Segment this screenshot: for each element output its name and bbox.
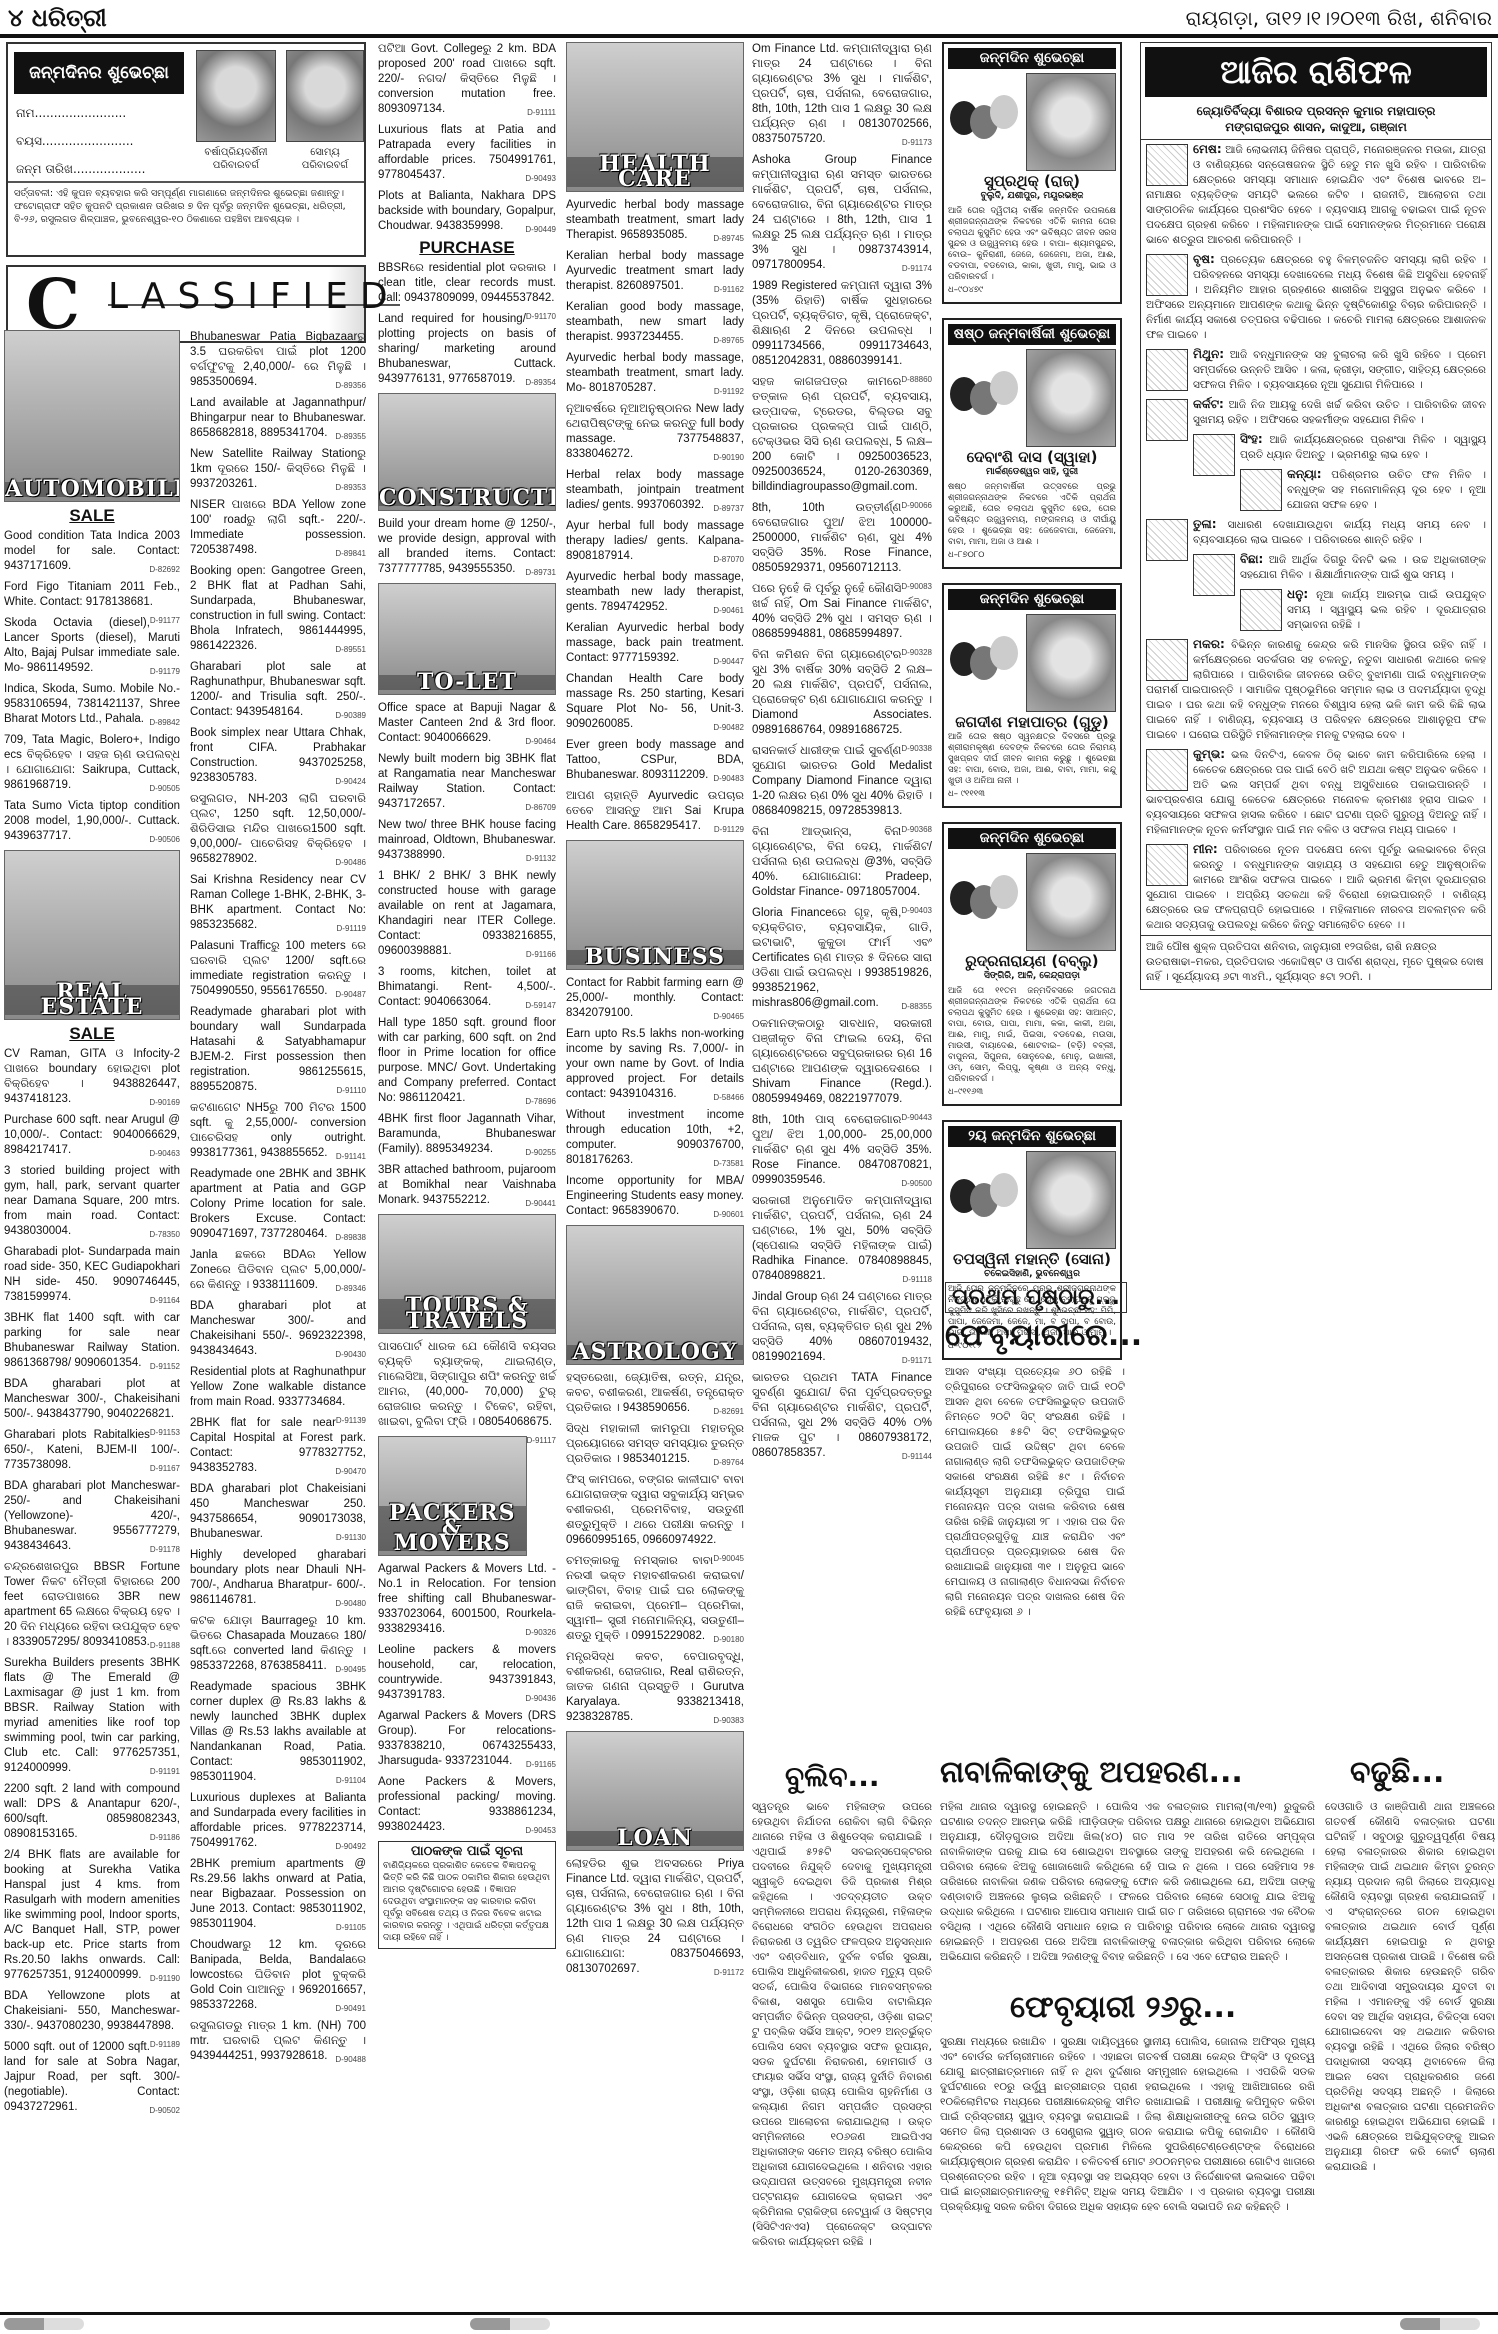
ad-code: D-90601: [713, 1207, 744, 1222]
ad-code: D-91174: [902, 261, 932, 276]
classified-ad: Readymade one 2BHK and 3BHK apartment at…: [190, 1167, 366, 1242]
ad-code: D-82692: [149, 562, 180, 577]
child-name: ତପସ୍ୱିନୀ ମହାନ୍ତି (ସୋନା): [948, 1252, 1116, 1267]
real-estate-image: REAL ESTATE: [4, 850, 180, 1020]
loan-image: LOAN: [566, 1731, 744, 1851]
classified-ad: Hall type 1850 sqft. ground floor with c…: [378, 1016, 556, 1106]
classified-ad: Indica, Skoda, Sumo. Mobile No.- 9583106…: [4, 682, 180, 727]
classified-ad: Ayurvedic herbal body massage, steambath…: [566, 570, 744, 615]
ad-code: D-87070: [713, 552, 744, 567]
ad-code: D-90492: [335, 1839, 366, 1854]
classified-ad: ଆପଣ ଚାହାନ୍ତି Ayurvedic ଉପଚାର ତେବେ ଆସନ୍ତୁ…: [566, 789, 744, 834]
ad-code: D-91130: [336, 1530, 366, 1545]
coupon-field-age: ବୟସ........................: [16, 134, 133, 149]
wish-header: ଜନ୍ମଦିନ ଶୁଭେଚ୍ଛା: [948, 589, 1116, 610]
reader-notice: ପାଠକଙ୍କ ପାଇଁ ସୂଚନା ବାଣିଜ୍ୟିକରେ ପ୍ରକାଶିତ …: [378, 1841, 556, 1949]
classified-ad: Good condition Tata Indica 2003 model fo…: [4, 529, 180, 574]
classified-ad: Newly built modern big 3BHK flat at Rang…: [378, 752, 556, 812]
classified-ad: Purchase 600 sqft. near Arugul @ 10,000/…: [4, 1113, 180, 1158]
ad-code: D-90180: [713, 1632, 744, 1647]
child-name: ସୁପ୍ରଥିକ୍ (ରାଜ୍): [948, 174, 1116, 189]
classified-ad: ରସୁଲଗଡରୁ ମାତ୍ର 1 km. (NH) 700 mtr. ଘରବାର…: [190, 2019, 366, 2064]
wish-header: ଷଷ୍ଠ ଜନ୍ମବାର୍ଷିକୀ ଶୁଭେଚ୍ଛା: [948, 324, 1116, 345]
ad-code: D-90430: [335, 1347, 366, 1362]
wish-ref: ଧ–୯୧୧୬୩: [948, 1085, 1116, 1100]
classified-ad: Leoline packers & movers household, car,…: [378, 1643, 556, 1703]
child-photo: [1026, 614, 1116, 712]
tours-travels-image: TOURS & TRAVELS: [378, 1214, 556, 1334]
classified-ad: Janla ଛକରେ BDAର Yellow Zoneରେ ଘିଡିବାନ ପ୍…: [190, 1248, 366, 1293]
classified-ad: ପାସପୋର୍ଟ ଧାରକ ଯେ କୌଣସି ବୟସର ବ୍ୟକ୍ତି ବ୍ୟା…: [378, 1340, 556, 1430]
ad-code: D-91129: [714, 822, 744, 837]
ad-code: D-90491: [335, 2001, 366, 2016]
news-story-exam: ସୁରକ୍ଷା ମଧ୍ୟରେ ରଖାଯିବ । ସୁରକ୍ଷା ଦାୟିତ୍ୱର…: [940, 2035, 1315, 2310]
ad-code: D-89838: [335, 1230, 366, 1245]
classified-ad: ହସ୍ତରେଖା, ଜ୍ୟୋତିଷ, ରତ୍ନ, ଯନ୍ତ୍ର, କବଚ, ବଶ…: [566, 1371, 744, 1416]
classified-ad: 2/4 BHK flats are available for booking …: [4, 1848, 180, 1983]
health-care-image: HEALTH CARE: [566, 42, 744, 192]
panjika-footer: ଆଜି ପୌଷ ଶୁକ୍ଳ ପ୍ରତିପଦା ଶନିବାର, ଜାନୁୟାରୀ …: [1141, 935, 1491, 989]
ad-code: D-90443: [901, 1110, 932, 1125]
zodiac-icon: [1146, 519, 1188, 561]
classified-ad: Om Finance Ltd. କମ୍ପାନୀଦ୍ୱାରା ଋଣ ମାତ୍ର 2…: [752, 42, 932, 147]
ad-code: D-91171: [902, 1353, 932, 1368]
child-place: ବୁଲୁଦି, ଯଶୀପୁର, ମୟୂରଭଞ୍ଜ: [948, 189, 1116, 204]
classified-ad: 3 rooms, kitchen, toilet at Bhimatangi. …: [378, 965, 556, 1010]
news-story-police: ସ୍ୱତନ୍ତ୍ର ଭାବେ ମହିଳାଙ୍କ ଉପରେ ହେଉଥିବା ନିର…: [752, 1800, 932, 2310]
classified-ad: 1 BHK/ 2 BHK/ 3 BHK newly constructed ho…: [378, 869, 556, 959]
classified-ad: କଟକ ଯୋଡ଼ା Baurrageରୁ 10 km. ଭିତରେ Chasap…: [190, 1614, 366, 1674]
birthday-wish-card: ଜନ୍ମଦିନ ଶୁଭେଚ୍ଛାସୁପ୍ରଥିକ୍ (ରାଜ୍)ବୁଲୁଦି, …: [942, 42, 1122, 304]
left-top-block: ଜନ୍ମଦିନର ଶୁଭେଚ୍ଛା ନାମ...................…: [6, 42, 366, 351]
ad-code: D-91153: [150, 1425, 180, 1440]
classified-ad: BDA gharabari plot at Mancheswar 300/-, …: [4, 1377, 180, 1422]
classified-ad: 3 storied building project with gym, hal…: [4, 1164, 180, 1239]
classified-ad: Palasuni Trafficରୁ 100 meters ରେ ଘରବାରି …: [190, 939, 366, 999]
coupon-field-name: ନାମ........................: [16, 106, 126, 121]
ad-code: D-58466: [713, 1090, 744, 1105]
wish-header: ଜନ୍ମଦିନ ଶୁଭେଚ୍ଛା: [948, 828, 1116, 849]
ad-code: D-91179: [150, 664, 180, 679]
ad-code: D-90066: [901, 498, 932, 513]
zodiac-entry: ମକର: ବିଭିନ୍ନ କାରଣକୁ କେନ୍ଦ୍ର କରି ମାନସିକ ସ…: [1141, 635, 1491, 745]
section-heading-purchase: PURCHASE: [378, 240, 556, 255]
birthday-wish-card: ଜନ୍ମଦିନ ଶୁଭେଚ୍ଛାରୁଦ୍ରନାରାୟଣ (ବବ୍‌ଲୁ)ସିଙ୍…: [942, 822, 1122, 1106]
classified-ad: Keralian herbal body massage Ayurvedic t…: [566, 249, 744, 294]
classified-ad: Plots at Balianta, Nakhara DPS backside …: [378, 189, 556, 234]
ad-code: D-91191: [150, 1764, 180, 1779]
zodiac-icon: [1146, 349, 1188, 391]
zodiac-icon: [1240, 469, 1282, 511]
ad-code: D-90368: [901, 822, 932, 837]
ad-code: D-90483: [713, 771, 744, 786]
classified-ad: ସହଜ କାଗଜପତ୍ର କାମରେ ତତ୍କାଳ ଋଣ ପ୍ରପର୍ଟି, ବ…: [752, 375, 932, 495]
rashifal-box: ଆଜିର ରାଶିଫଳ ଜ୍ୟୋତିର୍ବିଦ୍ୟା ବିଶାରଦ ପ୍ରସନ୍…: [1140, 42, 1492, 990]
classified-ad: Luxurious duplexes at Balianta and Sunda…: [190, 1791, 366, 1851]
ad-code: D-90487: [335, 987, 366, 1002]
classified-ad: ଭାରତର ପ୍ରଥମ TATA Finance ସୁବର୍ଣ୍ଣ ସୁଯୋଗ/…: [752, 1371, 932, 1461]
classified-ad: Keralian good body massage, steambath, n…: [566, 300, 744, 345]
ad-code: D-91104: [336, 1773, 366, 1788]
ad-code: D-91178: [150, 1542, 180, 1557]
ad-code: D-90441: [525, 1196, 556, 1211]
classified-ad: BDA gharabari plot Mancheswar- 250/- and…: [4, 1479, 180, 1554]
ad-code: D-90464: [525, 734, 556, 749]
coupon-terms: ସର୍ତ୍ତାବଳୀ: ଏହି କୁପନ ବ୍ୟବହାର କରି ସମ୍ପୂର୍…: [8, 181, 364, 230]
ad-code: D-90493: [525, 171, 556, 186]
news-story-rape-cases: ଦେଓଗାଡି ଓ କାଞ୍ଜିପାଣି ଥାନା ଅଞ୍ଚଳରେ ଗତବର୍ଷ…: [1325, 1800, 1495, 2310]
classified-ad: 2200 sqft. 2 land with compound wall: DP…: [4, 1782, 180, 1842]
headline-bulib: ବୁଲିବ...: [785, 1760, 879, 1794]
classified-ad: ଫିସ୍ କାମପରେ, ବଙ୍ଗର କାଳୀଘାଟ ବାବା ଯୋଗରାଜଙ୍…: [566, 1473, 744, 1548]
classified-ad: Land available at Jagannathpur/ Bhingarp…: [190, 396, 366, 441]
classified-ad: Residential plots at Raghunathpur Yellow…: [190, 1365, 366, 1410]
construction-image: CONSTRUCTION: [378, 393, 556, 511]
ad-code: D-91119: [337, 921, 367, 936]
child-name: ଦେବାଂଶି ଦାସ (ସ୍ୱାହା): [948, 450, 1116, 465]
ad-code: D-90083: [901, 579, 932, 594]
zodiac-entry: ମେଷ: ଆଜି ଲୋଭନୀୟ ଜିନିଷର ପ୍ରାପ୍ତି, ମନୋରଞ୍ଜ…: [1141, 140, 1491, 250]
ad-code: D-90449: [525, 222, 556, 237]
classified-ad: ଚମତ୍କାରକୁ ନମସ୍କାର ବାବା ନରସୀ ଭକ୍ତ ମହାବଶୀକ…: [566, 1554, 744, 1644]
ad-code: D-91170: [526, 309, 556, 324]
ad-code: D-73581: [713, 1156, 744, 1171]
classified-ad: BDA gharabari plot Chakeisiani 450 Manch…: [190, 1482, 366, 1542]
classified-ad: Office space at Bapuji Nagar & Master Ca…: [378, 701, 556, 746]
ad-code: D-89745: [713, 231, 744, 246]
classified-ad: Build your dream home @ 1250/-, we provi…: [378, 517, 556, 577]
zodiac-entry: ତୁଳା: ସାଧାରଣ ଦେଖାଯାଉଥିବା କାର୍ଯ୍ୟ ମଧ୍ୟ ସମ…: [1141, 515, 1491, 550]
classified-ad: ବିନା କମିଶନ ବିନା ଗ୍ୟାରେଣ୍ଟର ସୁଧ 3% ବାର୍ଷି…: [752, 648, 932, 738]
ad-code: D-89841: [335, 546, 366, 561]
classified-ad: Gharabari plot sale at Raghunathpur, Bhu…: [190, 660, 366, 720]
ad-code: D-90482: [713, 720, 744, 735]
page-label: ୪ ଧରିତ୍ରୀ: [8, 4, 107, 32]
ad-code: D-82691: [713, 1404, 744, 1419]
ad-code: D-91177: [150, 613, 180, 628]
ad-code: D-90506: [149, 832, 180, 847]
ad-code: D-91152: [150, 1359, 180, 1374]
packers-movers-image: PACKERS & MOVERS: [378, 1436, 527, 1556]
ad-code: D-90463: [149, 1146, 180, 1161]
page-scroll-indicator: [470, 2318, 550, 2330]
ad-code: D-91162: [714, 282, 744, 297]
ad-code: D-90403: [901, 903, 932, 918]
child-photo: [196, 50, 276, 142]
ad-code: D-91188: [150, 1638, 180, 1653]
headline-kidnapping: ନାବାଳିକାଙ୍କୁ ଅପହରଣ...: [940, 1755, 1243, 1790]
ad-code: D-89355: [335, 429, 366, 444]
classified-ad: CV Raman, GITA ଓ Infocity-2 ପାଖରେ bounda…: [4, 1047, 180, 1107]
ad-code: D-90326: [525, 1625, 556, 1640]
zodiac-entry: ବୃଷ: ପ୍ରତ୍ୟେକ କ୍ଷେତ୍ରରେ ବହୁ ବିଳମ୍ବଜନିତ ସ…: [1141, 250, 1491, 345]
photo-caption: ବର୍ଷାପ୍ରିୟଦର୍ଶିନୀପରିବାରବର୍ଗ: [191, 146, 281, 172]
wish-header: ଜନ୍ମଦିନ ଶୁଭେଚ୍ଛା: [948, 48, 1116, 69]
ad-code: D-90480: [335, 1596, 366, 1611]
classified-ad: ଠକମାନଙ୍କଠାରୁ ସାବଧାନ, ସରକାରୀ ପଞ୍ଜୀକୃତ ବିନ…: [752, 1017, 932, 1107]
headline-feb26: ଫେବୃୟାରୀ ୨୬ରୁ...: [1010, 1990, 1236, 2025]
ad-code: D-91166: [526, 947, 556, 962]
zodiac-entry: ସିଂହ: ଆଜି କାର୍ଯ୍ୟକ୍ଷେତ୍ରରେ ପ୍ରଶଂସା ମିଳିବ…: [1141, 430, 1491, 465]
birthday-wish-card: ଷଷ୍ଠ ଜନ୍ମବାର୍ଷିକୀ ଶୁଭେଚ୍ଛାଦେବାଂଶି ଦାସ (ସ…: [942, 318, 1122, 569]
ad-code: D-78696: [525, 1094, 556, 1109]
classified-ad: Choudwarରୁ 12 km. ଦୂରରେ Banipada, Belda,…: [190, 1938, 366, 2013]
balloons-icon: [948, 628, 1026, 698]
ad-code: D-59147: [525, 998, 556, 1013]
classified-ad: Agarwal Packers & Movers (DRS Group). Fo…: [378, 1709, 556, 1769]
ad-code: D-91117: [527, 1433, 557, 1448]
zodiac-icon: [1193, 434, 1235, 476]
column-finance: Om Finance Ltd. କମ୍ପାନୀଦ୍ୱାରା ଋଣ ମାତ୍ର 2…: [752, 42, 932, 1467]
zodiac-icon: [1193, 554, 1235, 596]
classified-ad: NISER ପାଖରେ BDA Yellow zone 100' roadରୁ …: [190, 498, 366, 558]
news-story-kidnapping: ମହିଳା ଥାନାର ଦ୍ୱାରସ୍ଥ ହୋଇଛନ୍ତି । ପୋଲିସ ଏକ…: [940, 1800, 1315, 1985]
classified-ad: 3BR attached bathroom, pujaroom at Bomik…: [378, 1163, 556, 1208]
classified-ad: BDA Yellowzone plots at Chakeisiani- 550…: [4, 1989, 180, 2034]
ad-code: D-90169: [149, 1095, 180, 1110]
page-scroll-indicator: [1400, 2318, 1480, 2330]
ad-code: D-91164: [150, 1293, 180, 1308]
classified-ad: Contact for Rabbit farming earn @ 25,000…: [566, 976, 744, 1021]
zodiac-icon: [1146, 844, 1188, 886]
ad-code: D-90447: [713, 654, 744, 669]
classified-ad: ରସୁଲଗଡ, NH-203 ଲାଗି ଘରବାରି ପ୍ଲଟ, 1250 sq…: [190, 792, 366, 867]
balloons-icon: [948, 1165, 1026, 1235]
zodiac-entry: କୁମ୍ଭ: ଭଲ ଦିନଟିଏ, କେବଳ ଠିକ୍ ଭାବେ କାମ କରି…: [1141, 745, 1491, 840]
ad-code: D-90500: [901, 1176, 932, 1191]
ad-code: D-90255: [525, 1145, 556, 1160]
astrology-image: ASTROLOGY: [566, 1225, 744, 1365]
coupon-field-dob: ଜନ୍ମ ତାରିଖ...................: [16, 162, 145, 177]
zodiac-entry: ମୀନ: ପରିବାରରେ ନୂତନ ପଦକ୍ଷେପ ନେବା ପୂର୍ବରୁ …: [1141, 840, 1491, 935]
photo-caption: ସୋମ୍ୟପରିବାରବର୍ଗ: [280, 146, 370, 172]
wish-ref: ଧ–୯୦୪୭୯: [948, 283, 1116, 298]
column-birthday-wishes: ଜନ୍ମଦିନ ଶୁଭେଚ୍ଛାସୁପ୍ରଥିକ୍ (ରାଜ୍)ବୁଲୁଦି, …: [942, 42, 1122, 1374]
ad-code: D-90495: [335, 1662, 366, 1677]
ad-code: D-90465: [713, 1009, 744, 1024]
classified-ad: Aone Packers & Movers, professional pack…: [378, 1775, 556, 1835]
wish-message: ଆଜି ତୋର ଷଷ୍ଠ ସ୍ୱନକ୍ଷତ୍ର ଦିବସରେ ପ୍ରଭୁ ଶ୍ର…: [948, 732, 1116, 787]
birthday-coupon-title: ଜନ୍ମଦିନର ଶୁଭେଚ୍ଛା: [14, 52, 184, 94]
ad-code: D-90190: [713, 450, 744, 465]
continued-label: ପ୍ରଥମ ପୃଷ୍ଠାରୁ...: [945, 1282, 1127, 1313]
masthead: ୪ ଧରିତ୍ରୀ ରାୟଗଡ଼ା, ତା୧୨।୧।୨୦୧୩ ରିଖ, ଶନିବ…: [0, 0, 1498, 34]
ad-code: D-90470: [335, 1464, 366, 1479]
page-scroll-indicator: [4, 2318, 84, 2330]
ad-code: D-89354: [525, 375, 556, 390]
headline-february: ଫେବୃୟାରୀରେ...: [945, 1318, 1142, 1353]
masthead-rule: [0, 34, 1498, 38]
ad-code: D-90502: [149, 2103, 180, 2118]
wish-ref: ଧ–୮୭୦୮୦: [948, 548, 1116, 563]
classified-ad: ନୂଆବର୍ଷରେ ନୂଆଅନୁଷ୍ଠାନର New lady ଥେରାପିଷ୍…: [566, 402, 744, 462]
classified-ad: ଲୋହଡିର ଶୁଭ ଅବସରରେ Priya Finance Ltd. ଦ୍ୱ…: [566, 1857, 744, 1977]
ad-code: D-91165: [526, 1757, 556, 1772]
ad-code: D-90488: [335, 2052, 366, 2067]
wish-message: ଷଷ୍ଠ ଜନ୍ମବାର୍ଷିକୀ ଉତ୍ସବରେ ପ୍ରଭୁ ଶ୍ରୀଜଗନ୍…: [948, 482, 1116, 548]
ad-code: D-78350: [149, 1227, 180, 1242]
classified-ad: Herbal relax body massage steambath, joi…: [566, 468, 744, 513]
classified-ad: BDA gharabari plot at Mancheswar 300/- a…: [190, 1299, 366, 1359]
classified-ad: ମନ୍ତ୍ରସିଦ୍ଧ କବଚ, ବେପାରବୃଦ୍ଧି, ବଶୀକରଣ, ରୋ…: [566, 1650, 744, 1725]
classified-ad: Ayurvedic herbal body massage, steambath…: [566, 351, 744, 396]
business-image: BUSINESS: [566, 840, 744, 970]
zodiac-icon: [1146, 254, 1188, 296]
classified-ad: Ashoka Group Finance କମ୍ପାନୀଦ୍ୱାରା ଋଣ ସମ…: [752, 153, 932, 273]
ad-code: D-86709: [525, 800, 556, 815]
ad-code: D-91189: [150, 2037, 180, 2052]
ad-code: D-91167: [150, 1461, 180, 1476]
classified-ad: Sai Krishna Residency near CV Raman Coll…: [190, 873, 366, 933]
child-name: ରୁଦ୍ରନାରାୟଣ (ବବ୍‌ଲୁ): [948, 954, 1116, 969]
zodiac-entry: କର୍କଟ: ଆଜି ନିଜ ଆୟକୁ ଦେଖି ଖର୍ଚ୍ଚ କରିବା ଉଚ…: [1141, 395, 1491, 430]
classified-ad: Luxurious flats at Patia and Patrapada e…: [378, 123, 556, 183]
ad-code: D-89356: [335, 378, 366, 393]
classified-ad: 3BHK flat 1400 sqft. with car parking fo…: [4, 1311, 180, 1371]
ad-code: D-91141: [336, 1149, 366, 1164]
column-property-services: ପଟିଆ Govt. Collegeରୁ 2 km. BDA proposed …: [378, 42, 556, 1949]
ad-code: D-89346: [335, 1281, 366, 1296]
ad-code: D-91139: [336, 1413, 366, 1428]
classified-ad: Keralian Ayurvedic herbal body massage, …: [566, 621, 744, 666]
child-place: ସିଙ୍ଗିରି, ଆଳି, କେନ୍ଦ୍ରାପଡ଼ା: [948, 969, 1116, 984]
balloons-icon: [948, 87, 1026, 157]
zodiac-icon: [1146, 639, 1188, 681]
ad-code: D-91186: [150, 1830, 180, 1845]
zodiac-entry: ବିଛା: ଆଜି ଆର୍ଥିକ ଦିଗରୁ ଦିନଟି ଭଲ । ଉଚ୍ଚ ଅ…: [1141, 550, 1491, 585]
ad-code: D-91190: [150, 1971, 180, 1986]
dateline: ରାୟଗଡ଼ା, ତା୧୨।୧।୨୦୧୩ ରିଖ, ଶନିବାର: [1186, 6, 1492, 30]
ad-code: D-90436: [525, 1691, 556, 1706]
classified-ad: ପଟିଆ Govt. Collegeରୁ 2 km. BDA proposed …: [378, 42, 556, 117]
zodiac-icon: [1240, 589, 1282, 631]
ad-code: D-91110: [337, 1083, 367, 1098]
ad-code: D-90424: [335, 774, 366, 789]
classified-ad: 1989 Registered କମ୍ପାନୀ ଦ୍ୱାରା 3% (35% ର…: [752, 279, 932, 369]
classified-ad: Ayurvedic herbal body massage steambath …: [566, 198, 744, 243]
ad-code: D-89737: [713, 501, 744, 516]
ad-code: D-90505: [149, 781, 180, 796]
ad-code: D-89842: [149, 715, 180, 730]
classified-ad: Agarwal Packers & Movers Ltd. - No.1 in …: [378, 1562, 556, 1637]
classified-ad: Income opportunity for MBA/ Engineering …: [566, 1174, 744, 1219]
ad-code: D-90486: [335, 855, 366, 870]
classified-ad: Earn upto Rs.5 lakhs non-working income …: [566, 1027, 744, 1102]
classified-ad: Bhubaneswar Patia Bigbazaarରୁ 3.5 ଘରକରିବ…: [190, 330, 366, 390]
classified-ad: Surekha Builders presents 3BHK flats @ T…: [4, 1656, 180, 1776]
ad-code: D-89731: [525, 565, 556, 580]
ad-code: D-91173: [902, 135, 932, 150]
zodiac-icon: [1146, 144, 1188, 186]
classified-ad: ସରକାରୀ ଅନୁମୋଦିତ କମ୍ପାନୀଦ୍ୱାରା ମାର୍କଶିଟ, …: [752, 1194, 932, 1284]
child-photo: [286, 50, 364, 142]
section-heading-sale: SALE: [4, 1026, 180, 1041]
classified-ad: Readymade gharabari plot with boundary w…: [190, 1005, 366, 1095]
classified-ad: Booking open: Gangotree Green, 2 BHK fla…: [190, 564, 366, 654]
classified-ad: New Satellite Railway Stationରୁ 1km ଦୂରର…: [190, 447, 366, 492]
classified-ad: BBSRରେ residential plot ଦରକାର । clean ti…: [378, 261, 556, 306]
balloons-icon: [948, 363, 1026, 433]
ad-code: D-88860: [901, 372, 932, 387]
classified-ad: 2BHK premium apartments @ Rs.29.56 lakhs…: [190, 1857, 366, 1932]
ad-code: D-90453: [525, 1823, 556, 1838]
ad-code: D-89353: [335, 480, 366, 495]
child-place: ଚକେଇସିହାଣି, ଭୁବନେଶ୍ୱର: [948, 1267, 1116, 1282]
classified-ad: Without investment income through educat…: [566, 1108, 744, 1168]
ad-code: D-90383: [713, 1713, 744, 1728]
classified-ad: Ever green body massage and Tattoo, CSPu…: [566, 738, 744, 783]
child-photo: [1026, 349, 1116, 447]
ad-code: D-90338: [901, 741, 932, 756]
ad-code: D-89765: [713, 333, 744, 348]
wish-header: ୨ୟ ଜନ୍ମଦିନ ଶୁଭେଚ୍ଛା: [948, 1126, 1116, 1147]
ad-code: D-90389: [335, 708, 366, 723]
ad-code: D-91132: [526, 851, 556, 866]
classified-ad: Tata Sumo Victa tiptop condition 2008 mo…: [4, 799, 180, 844]
classified-ad: ସିଦ୍ଧ ମହାକାଳୀ କାମରୂପା ମହାତନ୍ତ୍ର ପ୍ରୟୋଗରେ…: [566, 1422, 744, 1467]
ad-code: D-90328: [901, 645, 932, 660]
wish-message: ଆଜି ତୋର ଦ୍ୱିତୀୟ ବାର୍ଷିକ ଜନ୍ମଦିନ ଉପଲକ୍ଷେ …: [948, 206, 1116, 283]
classified-ad: 4BHK first floor Jagannath Vihar, Baramu…: [378, 1112, 556, 1157]
headline-rising: ବଢୁଛି...: [1350, 1755, 1444, 1790]
rashifal-title: ଆଜିର ରାଶିଫଳ: [1145, 47, 1487, 97]
zodiac-entry: ମିଥୁନ: ଆଜି ବନ୍ଧୁମାନଙ୍କ ସହ ବୁଲାଚଲା କରି ଖୁ…: [1141, 345, 1491, 395]
classified-ad: Ford Figo Titaniam 2011 Feb., White. Con…: [4, 580, 180, 610]
ad-code: D-89764: [713, 1455, 744, 1470]
news-story-february: ଆସନ ସଂଖ୍ୟା ପ୍ରତ୍ୟେକ ୬୦ ରହିଛି । ତ୍ରିପୁରାର…: [945, 1365, 1125, 1745]
ad-code: D-91105: [336, 1920, 366, 1935]
classified-ad: 709, Tata Magic, Bolero+, Indigo ecs ବିକ…: [4, 733, 180, 793]
column-health-business-astro-loan: HEALTH CARE Ayurvedic herbal body massag…: [566, 42, 744, 1983]
birthday-coupon: ଜନ୍ମଦିନର ଶୁଭେଚ୍ଛା ନାମ...................…: [6, 42, 366, 257]
zodiac-icon: [1146, 399, 1188, 441]
classified-ad: Book simplex near Uttara Chhak, front CI…: [190, 726, 366, 786]
balloons-icon: [948, 867, 1026, 937]
automobile-image: AUTOMOBILE: [4, 330, 180, 502]
ad-code: D-89551: [335, 642, 366, 657]
to-let-image: TO-LET: [378, 583, 556, 695]
column-automobile-realestate: AUTOMOBILE SALE Good condition Tata Indi…: [4, 330, 180, 2121]
child-name: ଜଗଦୀଶ ମହାପାତ୍ର (ଗୁଡୁ): [948, 715, 1116, 730]
section-heading-sale: SALE: [4, 508, 180, 523]
birthday-wish-card: ଜନ୍ମଦିନ ଶୁଭେଚ୍ଛାଜଗଦୀଶ ମହାପାତ୍ର (ଗୁଡୁ)ଆଜି…: [942, 583, 1122, 808]
child-photo: [1026, 853, 1116, 951]
ad-code: D-91144: [902, 1449, 932, 1464]
child-photo: [1026, 1151, 1116, 1249]
classified-ad: Readymade spacious 3BHK corner duplex @ …: [190, 1680, 366, 1785]
bottom-rule: [0, 2312, 1498, 2315]
ad-code: D-88355: [901, 999, 932, 1014]
child-place: ମାର୍କଣ୍ଡେଶ୍ୱର ସାହି, ପୁରୀ: [948, 465, 1116, 480]
child-photo: [1026, 73, 1116, 171]
ad-code: D-90045: [713, 1551, 744, 1566]
classified-ad: କଟଣାଗେଟ NH5ରୁ 700 ମିଟର 1500 sqft. କୁ 2,5…: [190, 1101, 366, 1161]
ad-code: D-91118: [903, 1272, 933, 1287]
wish-message: ଆଜି ତୋ ୧୧ତମ ଜନ୍ମଦିବସରେ ଜଗତନାଥ ଶ୍ରୀଜଗନ୍ନା…: [948, 986, 1116, 1085]
ad-code: D-91111: [527, 105, 556, 120]
ad-code: D-91192: [714, 384, 744, 399]
classified-ad: Highly developed gharabari boundary plot…: [190, 1548, 366, 1608]
ad-code: D-90461: [713, 603, 744, 618]
wish-ref: ଧ– ୯୧୧୧୩: [948, 787, 1116, 802]
column-realestate-2: Bhubaneswar Patia Bigbazaarରୁ 3.5 ଘରକରିବ…: [190, 330, 366, 2070]
classified-ad: New two/ three BHK house facing mainroad…: [378, 818, 556, 863]
classified-ad: Chandan Health Care body massage Rs. 250…: [566, 672, 744, 732]
classified-ad: Gloria Financeରେ ଗୃହ, କୃଷି, ବ୍ୟକ୍ତିଗତ, ବ…: [752, 906, 932, 1011]
classified-ad: ଚନ୍ଦ୍ରଶେଖରପୁର BBSR Fortune Tower ନିକଟ ମୈ…: [4, 1560, 180, 1650]
ad-code: D-91172: [714, 1965, 744, 1980]
zodiac-icon: [1146, 749, 1188, 791]
